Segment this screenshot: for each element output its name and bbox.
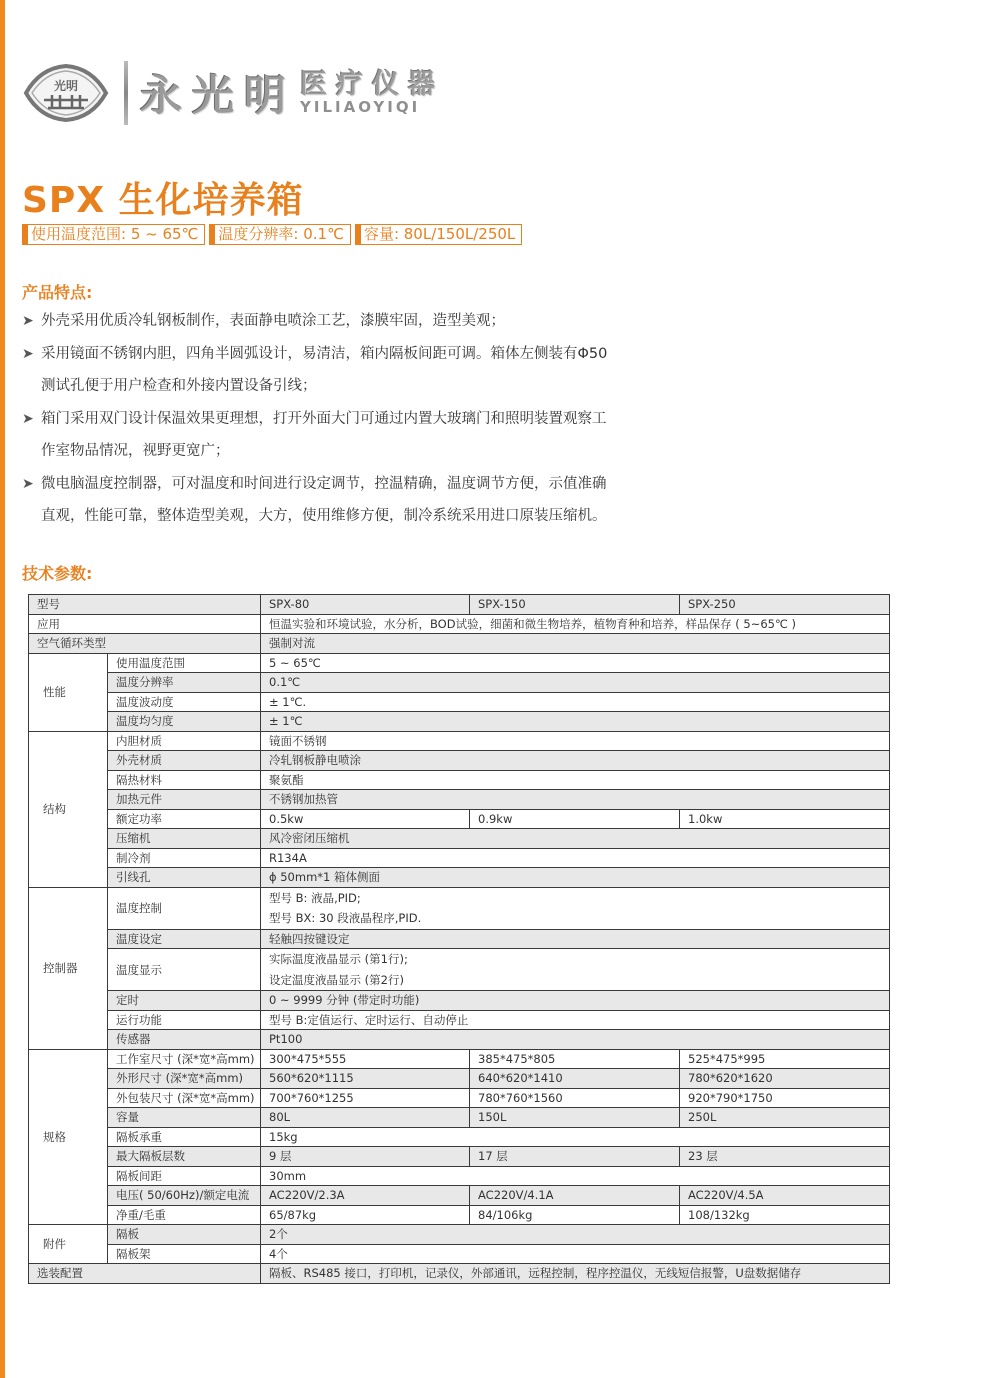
table-row: 温度设定 轻触四按键设定 [29, 929, 890, 949]
table-row: 外包装尺寸 (深*宽*高mm) 700*760*1255 780*760*156… [29, 1088, 890, 1108]
logo-divider [124, 61, 128, 125]
tag-resolution: 温度分辨率: 0.1℃ [209, 224, 351, 245]
table-row-air-circulation: 空气循环类型 强制对流 [29, 634, 890, 654]
arrow-bullet-icon: ➤ [22, 338, 34, 371]
table-row: 附件 隔板 2个 [29, 1225, 890, 1245]
spec-table: 型号 SPX-80 SPX-150 SPX-250 应用 恒温实验和环境试验，水… [28, 594, 890, 1284]
brand-name: 永光明 [140, 63, 296, 123]
arrow-bullet-icon: ➤ [22, 403, 34, 436]
brand-subtitle: 医疗仪器 [300, 71, 444, 99]
table-row: 加热元件 不锈钢加热管 [29, 790, 890, 810]
table-row: 定时 0 ~ 9999 分钟 (带定时功能) [29, 991, 890, 1011]
brand-logo: 光明 永光明 医疗仪器 YILIAOYIQI [22, 58, 444, 128]
tag-temperature-range: 使用温度范围: 5 ~ 65℃ [22, 224, 205, 245]
table-row: 结构 内胆材质 镜面不锈钢 [29, 731, 890, 751]
feature-item: ➤ 采用镜面不锈钢内胆，四角半圆弧设计，易清洁，箱内隔板间距可调。箱体左侧装有Φ… [22, 338, 682, 403]
brand-emblem-icon: 光明 [22, 62, 110, 124]
table-row: 引线孔 ϕ 50mm*1 箱体侧面 [29, 868, 890, 888]
table-row: 温度显示 实际温度液晶显示 (第1行); 设定温度液晶显示 (第2行) [29, 949, 890, 991]
table-row: 容量 80L 150L 250L [29, 1108, 890, 1128]
features-heading: 产品特点: [22, 280, 92, 303]
page-title: SPX 生化培养箱 [22, 172, 304, 223]
table-row-application: 应用 恒温实验和环境试验，水分析，BOD试验，细菌和微生物培养，植物育种和培养，… [29, 614, 890, 634]
arrow-bullet-icon: ➤ [22, 468, 34, 501]
table-row: 控制器 温度控制 型号 B: 液晶,PID; 型号 BX: 30 段液晶程序,P… [29, 887, 890, 929]
table-row-model: 型号 SPX-80 SPX-150 SPX-250 [29, 595, 890, 615]
tag-capacity: 容量: 80L/150L/250L [355, 224, 522, 245]
accent-side-bar [0, 0, 5, 1378]
table-row: 隔板承重 15kg [29, 1127, 890, 1147]
table-row: 最大隔板层数 9 层 17 层 23 层 [29, 1147, 890, 1167]
feature-item: ➤ 箱门采用双门设计保温效果更理想，打开外面大门可通过内置大玻璃门和照明装置观察… [22, 403, 682, 468]
table-row-options: 选装配置 隔板、RS485 接口，打印机，记录仪，外部通讯，远程控制，程序控温仪… [29, 1264, 890, 1284]
specs-heading: 技术参数: [22, 561, 92, 584]
table-row: 性能 使用温度范围 5 ~ 65℃ [29, 653, 890, 673]
features-list: ➤ 外壳采用优质冷轧钢板制作，表面静电喷涂工艺，漆膜牢固，造型美观； ➤ 采用镜… [22, 305, 682, 533]
table-row: 外壳材质 冷轧钢板静电喷涂 [29, 751, 890, 771]
brand-pinyin: YILIAOYIQI [300, 99, 444, 115]
svg-text:光明: 光明 [54, 78, 78, 93]
table-row: 隔板架 4个 [29, 1244, 890, 1264]
table-row: 电压( 50/60Hz)/额定电流 AC220V/2.3A AC220V/4.1… [29, 1186, 890, 1206]
table-row: 隔板间距 30mm [29, 1166, 890, 1186]
arrow-bullet-icon: ➤ [22, 305, 34, 338]
table-row: 温度均匀度 ± 1℃ [29, 712, 890, 732]
feature-item: ➤ 外壳采用优质冷轧钢板制作，表面静电喷涂工艺，漆膜牢固，造型美观； [22, 305, 682, 338]
table-row: 隔热材料 聚氨酯 [29, 770, 890, 790]
table-row: 净重/毛重 65/87kg 84/106kg 108/132kg [29, 1205, 890, 1225]
table-row: 传感器 Pt100 [29, 1030, 890, 1050]
feature-item: ➤ 微电脑温度控制器，可对温度和时间进行设定调节，控温精确，温度调节方便，示值准… [22, 468, 682, 533]
key-spec-tags: 使用温度范围: 5 ~ 65℃ 温度分辨率: 0.1℃ 容量: 80L/150L… [22, 224, 522, 245]
table-row: 制冷剂 R134A [29, 848, 890, 868]
table-row: 运行功能 型号 B:定值运行、定时运行、自动停止 [29, 1010, 890, 1030]
table-row: 额定功率 0.5kw 0.9kw 1.0kw [29, 809, 890, 829]
table-row: 温度分辨率 0.1℃ [29, 673, 890, 693]
table-row: 外形尺寸 (深*宽*高mm) 560*620*1115 640*620*1410… [29, 1069, 890, 1089]
table-row: 温度波动度 ± 1℃. [29, 692, 890, 712]
table-row: 压缩机 风冷密闭压缩机 [29, 829, 890, 849]
table-row: 规格 工作室尺寸 (深*宽*高mm) 300*475*555 385*475*8… [29, 1049, 890, 1069]
